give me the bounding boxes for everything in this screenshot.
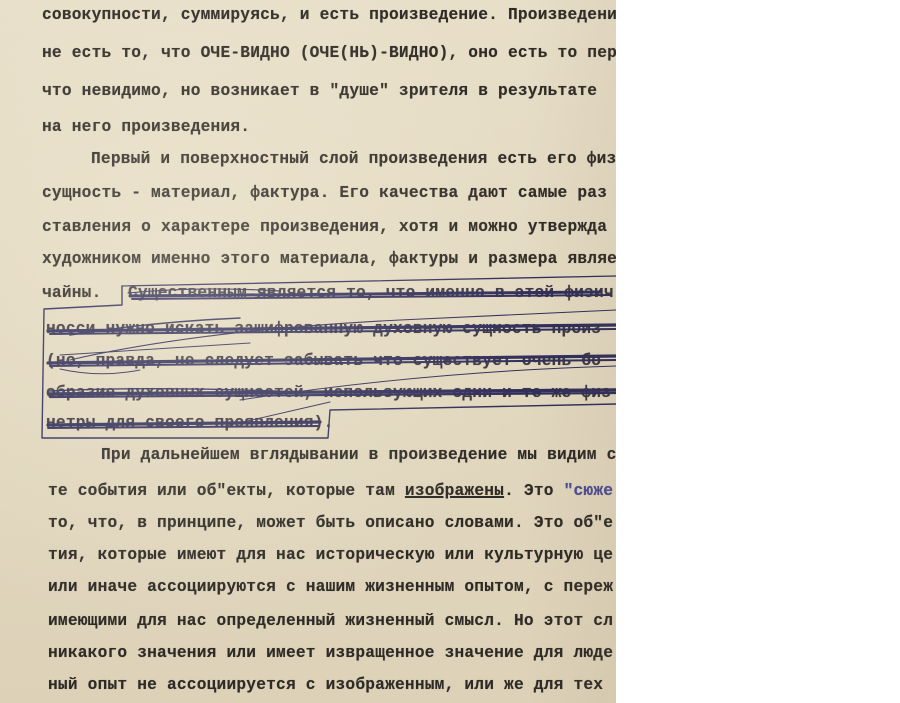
- text-line: или иначе ассоциируются с нашим жизненны…: [48, 578, 613, 596]
- text-line: Первый и поверхностный слой произведения…: [91, 150, 616, 168]
- text-line: ставления о характере произведения, хотя…: [42, 218, 607, 236]
- text-line: имеющими для нас определенный жизненный …: [48, 612, 613, 630]
- text-line: совокупности, суммируясь, и есть произве…: [42, 6, 616, 24]
- text-line: на него произведения.: [42, 118, 250, 136]
- text-line: чайны.: [42, 284, 102, 302]
- struck-out-line: образие духовных сущностей, использующих…: [46, 384, 611, 402]
- underlined-word: изображены: [405, 482, 504, 500]
- text-line: ный опыт не ассоциируется с изображенным…: [48, 676, 603, 694]
- text-line: художником именно этого материала, факту…: [42, 250, 616, 268]
- text-line: При дальнейшем вглядывании в произведени…: [101, 446, 616, 464]
- typewritten-page: совокупности, суммируясь, и есть произве…: [0, 0, 616, 703]
- text-line: те события или об"екты, которые там изоб…: [48, 482, 613, 500]
- text-line: тия, которые имеют для нас историческую …: [48, 546, 613, 564]
- struck-out-line: (но, правда, не следует забывать что сущ…: [46, 352, 601, 370]
- handwritten-quote-mark: "сюже: [564, 482, 614, 500]
- struck-out-line: носси нужно искать зашифрованную духовну…: [46, 320, 601, 338]
- text-line: не есть то, что ОЧЕ-ВИДНО (ОЧЕ(НЬ)-ВИДНО…: [42, 44, 616, 62]
- text-line: сущность - материал, фактура. Его качест…: [42, 184, 607, 202]
- text-segment: . Это: [504, 482, 564, 500]
- text-line: никакого значения или имеет извращенное …: [48, 644, 613, 662]
- text-line: что невидимо, но возникает в "душе" зрит…: [42, 82, 597, 100]
- text-line: то, что, в принципе, может быть описано …: [48, 514, 613, 532]
- struck-out-line: нетры для своего проявления).: [46, 414, 334, 432]
- struck-out-line: Существенным является то, что именно в э…: [128, 284, 614, 302]
- text-segment: те события или об"екты, которые там: [48, 482, 405, 500]
